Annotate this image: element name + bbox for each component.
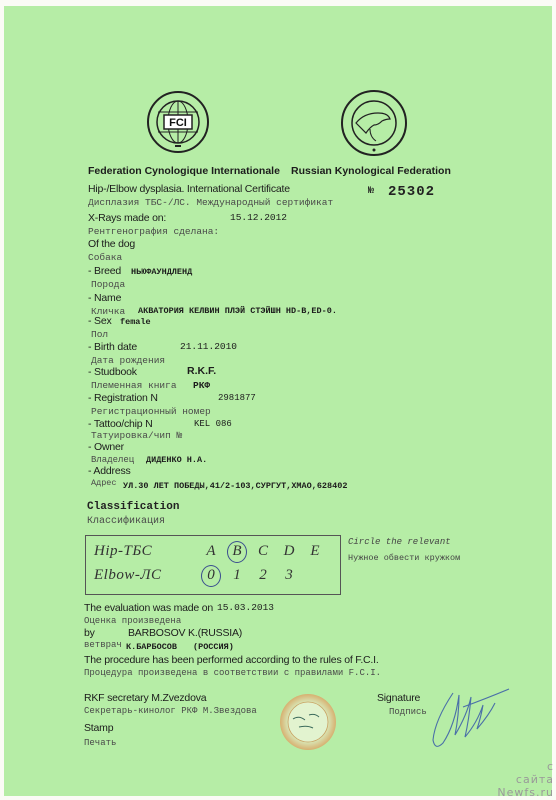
svg-text:FCI: FCI [169, 117, 187, 129]
by-label-ru: ветврач [84, 640, 122, 650]
tattoo-value: KEL 086 [194, 419, 232, 429]
rkf-hologram-stamp-icon [279, 693, 337, 751]
secretary-en: RKF secretary M.Zvezdova [84, 692, 206, 704]
sex-label-ru: Пол [91, 329, 108, 340]
vet-name-en: BARBOSOV K.(RUSSIA) [128, 627, 242, 639]
grade-1: 1 [229, 567, 245, 584]
watermark-line-1: с [547, 760, 554, 773]
signature-label-en: Signature [377, 692, 420, 704]
secretary-ru: Секретарь-кинолог РКФ М.Звездова [84, 706, 257, 716]
org-left-title: Federation Cynologique Internationale [88, 165, 280, 177]
circle-note-en: Circle the relevant [348, 537, 451, 547]
vet-name-ru: К.БАРБОСОВ [126, 642, 177, 652]
grade-C: C [255, 543, 271, 560]
dog-label-ru: Собака [88, 252, 122, 263]
org-right-title: Russian Kynological Federation [291, 165, 451, 177]
certificate-number: 25302 [388, 184, 435, 200]
grade-D: D [281, 543, 297, 560]
grade-E: E [307, 543, 323, 560]
elbow-label: Elbow-ЛС [94, 567, 162, 584]
xrays-label-en: X-Rays made on: [88, 212, 166, 224]
classification-title-en: Classification [87, 501, 179, 513]
address-label-en: - Address [88, 465, 131, 477]
birth-label-en: - Birth date [88, 341, 137, 353]
circle-note-ru: Нужное обвести кружком [348, 553, 460, 563]
address-label-ru: Адрес [91, 478, 117, 488]
rkf-logo-icon [340, 89, 408, 157]
owner-label-en: - Owner [88, 441, 124, 453]
procedure-text-en: The procedure has been performed accordi… [84, 654, 379, 666]
classification-title-ru: Классификация [87, 516, 165, 527]
grade-B: B [229, 543, 245, 560]
address-value: УЛ.30 ЛЕТ ПОБЕДЫ,41/2-103,СУРГУТ,ХМАО,62… [123, 481, 347, 491]
signature-label-ru: Подпись [389, 707, 427, 717]
xrays-label-ru: Рентгенография сделана: [88, 226, 219, 237]
hip-label: Hip-ТБС [94, 543, 152, 560]
evaluation-label-ru: Оценка произведена [84, 616, 181, 626]
grade-0: 0 [203, 567, 219, 584]
by-label-en: by [84, 627, 95, 639]
xrays-date: 15.12.2012 [230, 212, 287, 223]
evaluation-date: 15.03.2013 [217, 602, 274, 613]
number-label: № [368, 186, 374, 197]
owner-value: ДИДЕНКО Н.А. [146, 455, 207, 465]
vet-country-ru: (РОССИЯ) [193, 642, 234, 652]
studbook-label-ru: Племенная книга [91, 380, 177, 391]
sex-value: female [120, 317, 151, 327]
registration-value: 2981877 [218, 393, 256, 403]
registration-label-ru: Регистрационный номер [91, 406, 211, 417]
grade-2: 2 [255, 567, 271, 584]
breed-value: НЬЮФАУНДЛЕНД [131, 267, 192, 277]
watermark-line-2: сайта [516, 773, 554, 786]
stamp-label-ru: Печать [84, 738, 116, 748]
fci-logo-icon: FCI [146, 90, 210, 154]
birth-label-ru: Дата рождения [91, 355, 165, 366]
stamp-label-en: Stamp [84, 722, 113, 734]
signature-icon [425, 685, 525, 755]
studbook-label-en: - Studbook [88, 366, 137, 378]
watermark-line-3: Newfs.ru [497, 786, 554, 799]
studbook-value-en: R.K.F. [187, 365, 216, 377]
tattoo-label-en: - Tattoo/chip N [88, 418, 153, 430]
breed-label-ru: Порода [91, 279, 125, 290]
certificate-title-ru: Дисплазия ТБС-/ЛС. Международный сертифи… [88, 197, 333, 208]
grade-A: A [203, 543, 219, 560]
name-value: АКВАТОРИЯ КЕЛВИН ПЛЭЙ СТЭЙШН HD-B,ED-0. [138, 306, 337, 316]
evaluation-label-en: The evaluation was made on [84, 602, 213, 614]
procedure-text-ru: Процедура произведена в соответствии с п… [84, 668, 381, 678]
owner-label-ru: Владелец [91, 455, 134, 465]
tattoo-label-ru: Татуировка/чип № [91, 430, 182, 441]
classification-box: Hip-ТБС Elbow-ЛС ABCDE 0123 [85, 535, 341, 595]
grade-3: 3 [281, 567, 297, 584]
certificate-title-en: Hip-/Elbow dysplasia. International Cert… [88, 183, 290, 195]
registration-label-en: - Registration N [88, 392, 158, 404]
studbook-value-ru: РКФ [193, 380, 210, 391]
sex-label-en: - Sex [88, 315, 112, 327]
birth-date: 21.11.2010 [180, 341, 237, 352]
breed-label-en: - Breed [88, 265, 121, 277]
dog-label-en: Of the dog [88, 238, 135, 250]
name-label-en: - Name [88, 292, 121, 304]
